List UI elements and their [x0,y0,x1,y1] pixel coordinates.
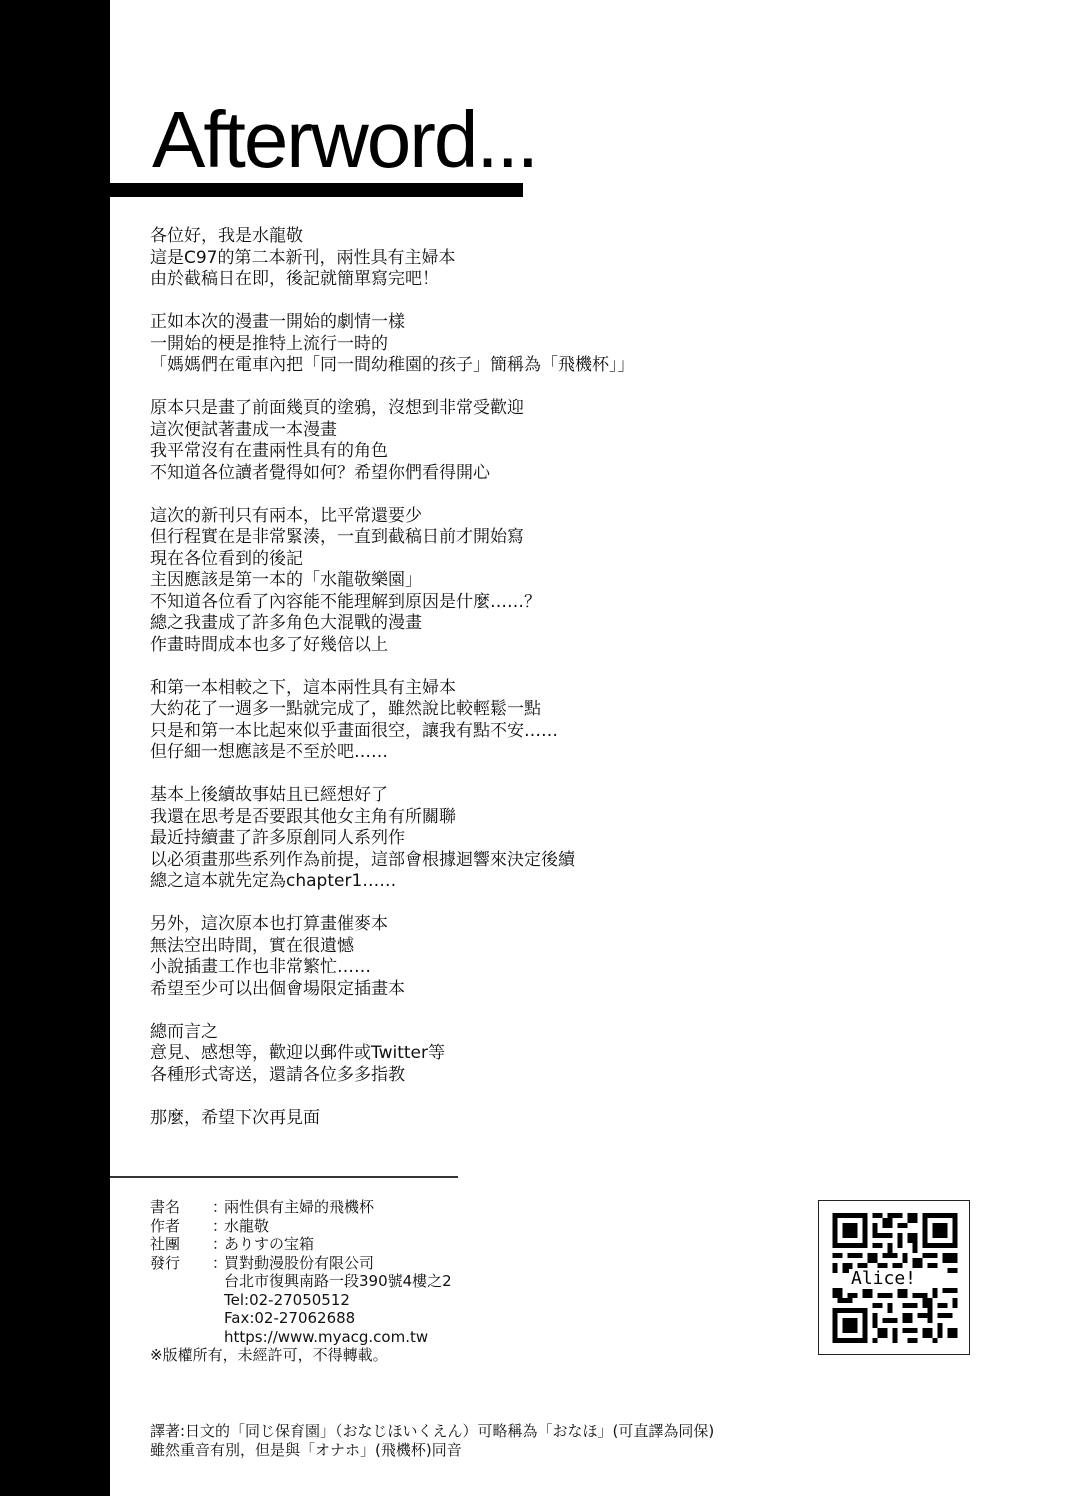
paragraph-farewell: 那麼，希望下次再見面 [150,1108,790,1130]
text-line: 以必須畫那些系列作為前提，這部會根據迴響來決定後續 [150,850,790,872]
text-line: 那麼，希望下次再見面 [150,1108,790,1130]
text-line: 意見、感想等，歡迎以郵件或Twitter等 [150,1043,790,1065]
paragraph-origin: 正如本次的漫畫一開始的劇情一樣 一開始的梗是推特上流行一時的 「媽媽們在電車內把… [150,312,790,377]
text-line: 這是C97的第二本新刊，兩性具有主婦本 [150,248,790,270]
text-line: 我平常沒有在畫兩性具有的角色 [150,441,790,463]
paragraph-schedule: 這次的新刊只有兩本，比平常還要少 但行程實在是非常緊湊，一直到截稿日前才開始寫 … [150,506,790,657]
text-line: 基本上後續故事姑且已經想好了 [150,785,790,807]
colophon: 書名 ： 兩性俱有主婦的飛機杯 作者 ： 水龍敬 社團 ： ありすの宝箱 發行 … [150,1198,452,1365]
text-line: 各位好，我是水龍敬 [150,226,790,248]
colophon-colon: ： [212,1254,224,1347]
paragraph-doodle: 原本只是畫了前面幾頁的塗鴉，沒想到非常受歡迎 這次便試著畫成一本漫畫 我平常沒有… [150,398,790,484]
text-line: 這次的新刊只有兩本，比平常還要少 [150,506,790,528]
text-line: 由於截稿日在即，後記就簡單寫完吧！ [150,269,790,291]
publisher-tel: Tel:02-27050512 [224,1291,452,1310]
text-line: 但仔細一想應該是不至於吧…… [150,742,790,764]
text-line: 現在各位看到的後記 [150,549,790,571]
text-line: 最近持續畫了許多原創同人系列作 [150,828,790,850]
text-line: 作畫時間成本也多了好幾倍以上 [150,635,790,657]
paragraph-comparison: 和第一本相較之下，這本兩性具有主婦本 大約花了一週多一點就完成了，雖然說比較輕鬆… [150,678,790,764]
text-line: 無法空出時間，實在很遺憾 [150,936,790,958]
colophon-colon: ： [212,1235,224,1254]
text-line: 不知道各位讀者覺得如何？希望你們看得開心 [150,463,790,485]
copyright-notice: ※版權所有，未經許可，不得轉載。 [150,1346,452,1365]
text-line: 只是和第一本比起來似乎畫面很空，讓我有點不安…… [150,721,790,743]
publisher-website: https://www.myacg.com.tw [224,1328,452,1347]
text-line: 主因應該是第一本的「水龍敬樂園」 [150,570,790,592]
paragraph-feedback: 總而言之 意見、感想等，歡迎以郵件或Twitter等 各種形式寄送，還請各位多多… [150,1022,790,1087]
colophon-key: 書名 [150,1198,212,1217]
page-title: Afterword... [152,92,537,188]
colophon-value: ありすの宝箱 [224,1235,314,1254]
publisher-details: 買對動漫股份有限公司 台北市復興南路一段390號4樓之2 Tel:02-2705… [224,1254,452,1347]
afterword-body: 各位好，我是水龍敬 這是C97的第二本新刊，兩性具有主婦本 由於截稿日在即，後記… [150,226,790,1151]
colophon-value: 兩性俱有主婦的飛機杯 [224,1198,374,1217]
colophon-publisher: 發行 ： 買對動漫股份有限公司 台北市復興南路一段390號4樓之2 Tel:02… [150,1254,452,1347]
translator-note-line: 譯著:日文的「同じ保育園」（おなじほいくえん）可略稱為「おなほ」(可直譯為同保) [150,1422,714,1441]
text-line: 另外，這次原本也打算畫催麥本 [150,914,790,936]
colophon-key: 社團 [150,1235,212,1254]
text-line: 我還在思考是否要跟其他女主角有所關聯 [150,807,790,829]
translator-note: 譯著:日文的「同じ保育園」（おなじほいくえん）可略稱為「おなほ」(可直譯為同保)… [150,1422,714,1460]
text-line: 原本只是畫了前面幾頁的塗鴉，沒想到非常受歡迎 [150,398,790,420]
publisher-fax: Fax:02-27062688 [224,1309,452,1328]
title-underline [110,183,523,197]
qr-code: Alice! [818,1200,970,1355]
text-line: 總而言之 [150,1022,790,1044]
text-line: 總之這本就先定為chapter1…… [150,871,790,893]
text-line: 小說插畫工作也非常繁忙…… [150,957,790,979]
qr-label: Alice! [849,1269,918,1289]
translator-note-line: 雖然重音有別，但是與「オナホ」(飛機杯)同音 [150,1441,714,1460]
colophon-colon: ： [212,1217,224,1236]
colophon-value: 水龍敬 [224,1217,269,1236]
text-line: 各種形式寄送，還請各位多多指教 [150,1065,790,1087]
text-line: 不知道各位看了內容能不能理解到原因是什麼……？ [150,592,790,614]
colophon-key: 發行 [150,1254,212,1347]
paragraph-other-work: 另外，這次原本也打算畫催麥本 無法空出時間，實在很遺憾 小說插畫工作也非常繁忙…… [150,914,790,1000]
colophon-author: 作者 ： 水龍敬 [150,1217,452,1236]
colophon-colon: ： [212,1198,224,1217]
text-line: 這次便試著畫成一本漫畫 [150,420,790,442]
colophon-circle: 社團 ： ありすの宝箱 [150,1235,452,1254]
text-line: 總之我畫成了許多角色大混戰的漫畫 [150,613,790,635]
text-line: 「媽媽們在電車內把「同一間幼稚園的孩子」簡稱為「飛機杯」」 [150,355,790,377]
publisher-address: 台北市復興南路一段390號4樓之2 [224,1272,452,1291]
paragraph-greeting: 各位好，我是水龍敬 這是C97的第二本新刊，兩性具有主婦本 由於截稿日在即，後記… [150,226,790,291]
publisher-name: 買對動漫股份有限公司 [224,1254,452,1273]
text-line: 希望至少可以出個會場限定插畫本 [150,979,790,1001]
colophon-divider [110,1176,458,1178]
paragraph-sequel: 基本上後續故事姑且已經想好了 我還在思考是否要跟其他女主角有所關聯 最近持續畫了… [150,785,790,893]
text-line: 一開始的梗是推特上流行一時的 [150,334,790,356]
text-line: 但行程實在是非常緊湊，一直到截稿日前才開始寫 [150,527,790,549]
text-line: 大約花了一週多一點就完成了，雖然說比較輕鬆一點 [150,699,790,721]
colophon-key: 作者 [150,1217,212,1236]
colophon-book-title: 書名 ： 兩性俱有主婦的飛機杯 [150,1198,452,1217]
text-line: 和第一本相較之下，這本兩性具有主婦本 [150,678,790,700]
side-black-bar [0,0,110,1496]
text-line: 正如本次的漫畫一開始的劇情一樣 [150,312,790,334]
